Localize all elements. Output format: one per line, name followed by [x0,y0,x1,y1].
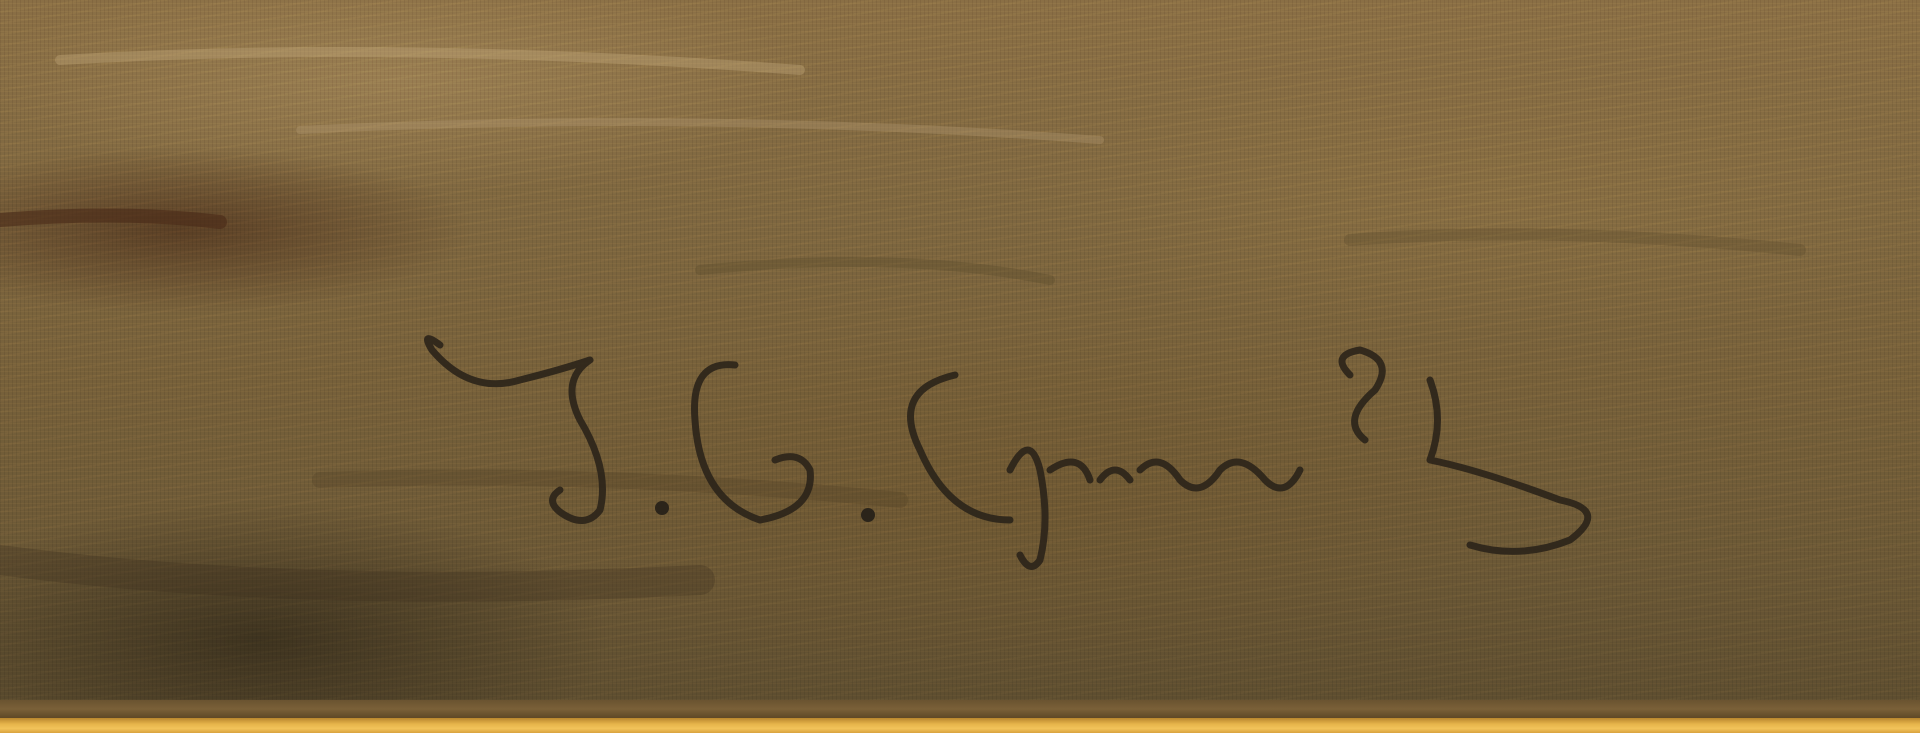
artist-signature [0,0,1920,700]
signature-dot-1 [655,501,669,515]
frame-inner-edge [0,700,1920,718]
signature-dot-2 [861,508,875,522]
gilt-frame-edge [0,718,1920,733]
